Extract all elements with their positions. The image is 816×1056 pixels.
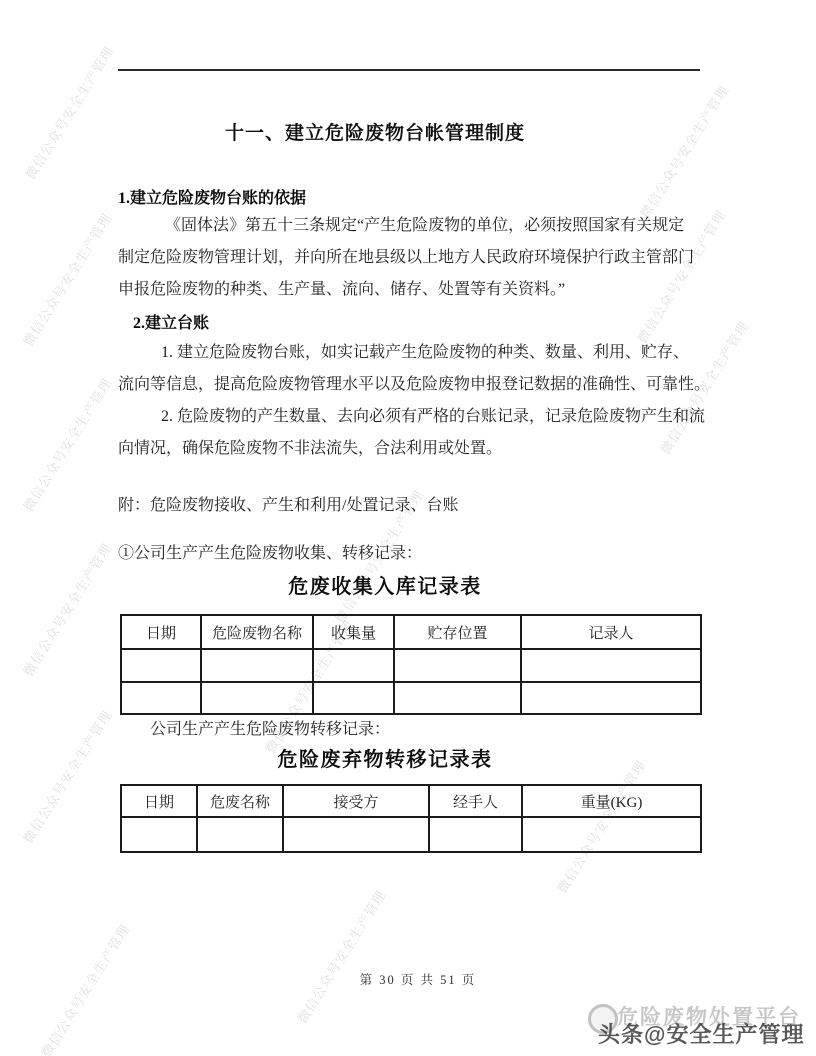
column-header: 经手人 xyxy=(429,785,522,817)
watermark-text: 微信公众号安全生产管理 xyxy=(18,374,116,515)
table-cell-empty xyxy=(313,649,394,682)
table-cell-empty xyxy=(429,817,522,852)
table-row xyxy=(121,817,701,852)
section1-paragraph: 《固体法》第五十三条规定“产生危险废物的单位，必须按照国家有关规定 制定危险废物… xyxy=(118,210,704,306)
table-cell-empty xyxy=(522,817,701,852)
document-title: 十一、建立危险废物台帐管理制度 xyxy=(0,120,750,148)
table-cell-empty xyxy=(121,817,197,852)
collection-note: ①公司生产产生危险废物收集、转移记录： xyxy=(118,538,704,570)
table-cell-empty xyxy=(521,682,701,714)
paragraph-line: 制定危险废物管理计划，并向所在地县级以上地方人民政府环境保护行政主管部门 xyxy=(118,242,704,274)
page-number: 第 30 页 共 51 页 xyxy=(0,970,816,988)
column-header: 日期 xyxy=(121,785,197,817)
section2-item1: 1. 建立危险废物台账，如实记载产生危险废物的种类、数量、利用、贮存、 流向等信… xyxy=(118,337,704,401)
watermark-text: 微信公众号安全生产管理 xyxy=(18,706,116,847)
transfer-record-table: 日期 危废名称 接受方 经手人 重量(KG) xyxy=(120,784,702,853)
table-cell-empty xyxy=(394,682,521,714)
table-cell-empty xyxy=(283,817,429,852)
attachment-note-text: 附：危险废物接收、产生和利用/处置记录、台账 xyxy=(118,490,704,522)
paragraph-line: 2. 危险废物的产生数量、去向必须有严格的台账记录，记录危险废物产生和流 xyxy=(118,401,704,433)
paragraph-line: 申报危险废物的种类、生产量、流向、储存、处置等有关资料。” xyxy=(118,274,704,306)
paragraph-line: 向情况，确保危险废物不非法流失，合法利用或处置。 xyxy=(118,433,704,465)
table-cell-empty xyxy=(197,817,283,852)
section2-heading-text: 2.建立台账 xyxy=(118,308,704,340)
collection-note-text: ①公司生产产生危险废物收集、转移记录： xyxy=(118,538,704,570)
transfer-note: 公司生产产生危险废物转移记录： xyxy=(150,714,690,746)
table1-title: 危废收集入库记录表 xyxy=(0,574,770,600)
table-cell-empty xyxy=(521,649,701,682)
column-header: 接受方 xyxy=(283,785,429,817)
column-header: 危险废物名称 xyxy=(201,615,313,649)
section2-item2: 2. 危险废物的产生数量、去向必须有严格的台账记录，记录危险废物产生和流 向情况… xyxy=(118,401,704,465)
column-header: 危废名称 xyxy=(197,785,283,817)
table-cell-empty xyxy=(121,649,201,682)
table-header-row: 日期 危废名称 接受方 经手人 重量(KG) xyxy=(121,785,701,817)
header-rule xyxy=(118,69,700,71)
column-header: 记录人 xyxy=(521,615,701,649)
section2-heading: 2.建立台账 xyxy=(118,308,704,340)
collection-record-table: 日期 危险废物名称 收集量 贮存位置 记录人 xyxy=(120,614,702,715)
table-row xyxy=(121,682,701,714)
table-cell-empty xyxy=(201,682,313,714)
watermark-text: 微信公众号安全生产管理 xyxy=(18,539,116,680)
column-header: 贮存位置 xyxy=(394,615,521,649)
table-row xyxy=(121,649,701,682)
column-header: 日期 xyxy=(121,615,201,649)
watermark-text: 微信公众号安全生产管理 xyxy=(18,209,116,350)
table-cell-empty xyxy=(121,682,201,714)
table2-title: 危险废弃物转移记录表 xyxy=(0,747,770,773)
table-cell-empty xyxy=(201,649,313,682)
table-cell-empty xyxy=(394,649,521,682)
paragraph-line: 流向等信息，提高危险废物管理水平以及危险废物申报登记数据的准确性、可靠性。 xyxy=(118,369,704,401)
document-page: 微信公众号安全生产管理 微信公众号安全生产管理 微信公众号安全生产管理 微信公众… xyxy=(0,0,816,1056)
attachment-note: 附：危险废物接收、产生和利用/处置记录、台账 xyxy=(118,490,704,522)
table-header-row: 日期 危险废物名称 收集量 贮存位置 记录人 xyxy=(121,615,701,649)
watermark-text: 微信公众号安全生产管理 xyxy=(20,42,118,183)
transfer-note-text: 公司生产产生危险废物转移记录： xyxy=(150,714,690,746)
table-cell-empty xyxy=(313,682,394,714)
brand-dark-text: 头条@安全生产管理 xyxy=(598,1018,804,1049)
watermark-text: 微信公众号安全生产管理 xyxy=(292,886,390,1027)
column-header: 重量(KG) xyxy=(522,785,701,817)
paragraph-line: 1. 建立危险废物台账，如实记载产生危险废物的种类、数量、利用、贮存、 xyxy=(118,337,704,369)
column-header: 收集量 xyxy=(313,615,394,649)
paragraph-line: 《固体法》第五十三条规定“产生危险废物的单位，必须按照国家有关规定 xyxy=(118,210,704,242)
